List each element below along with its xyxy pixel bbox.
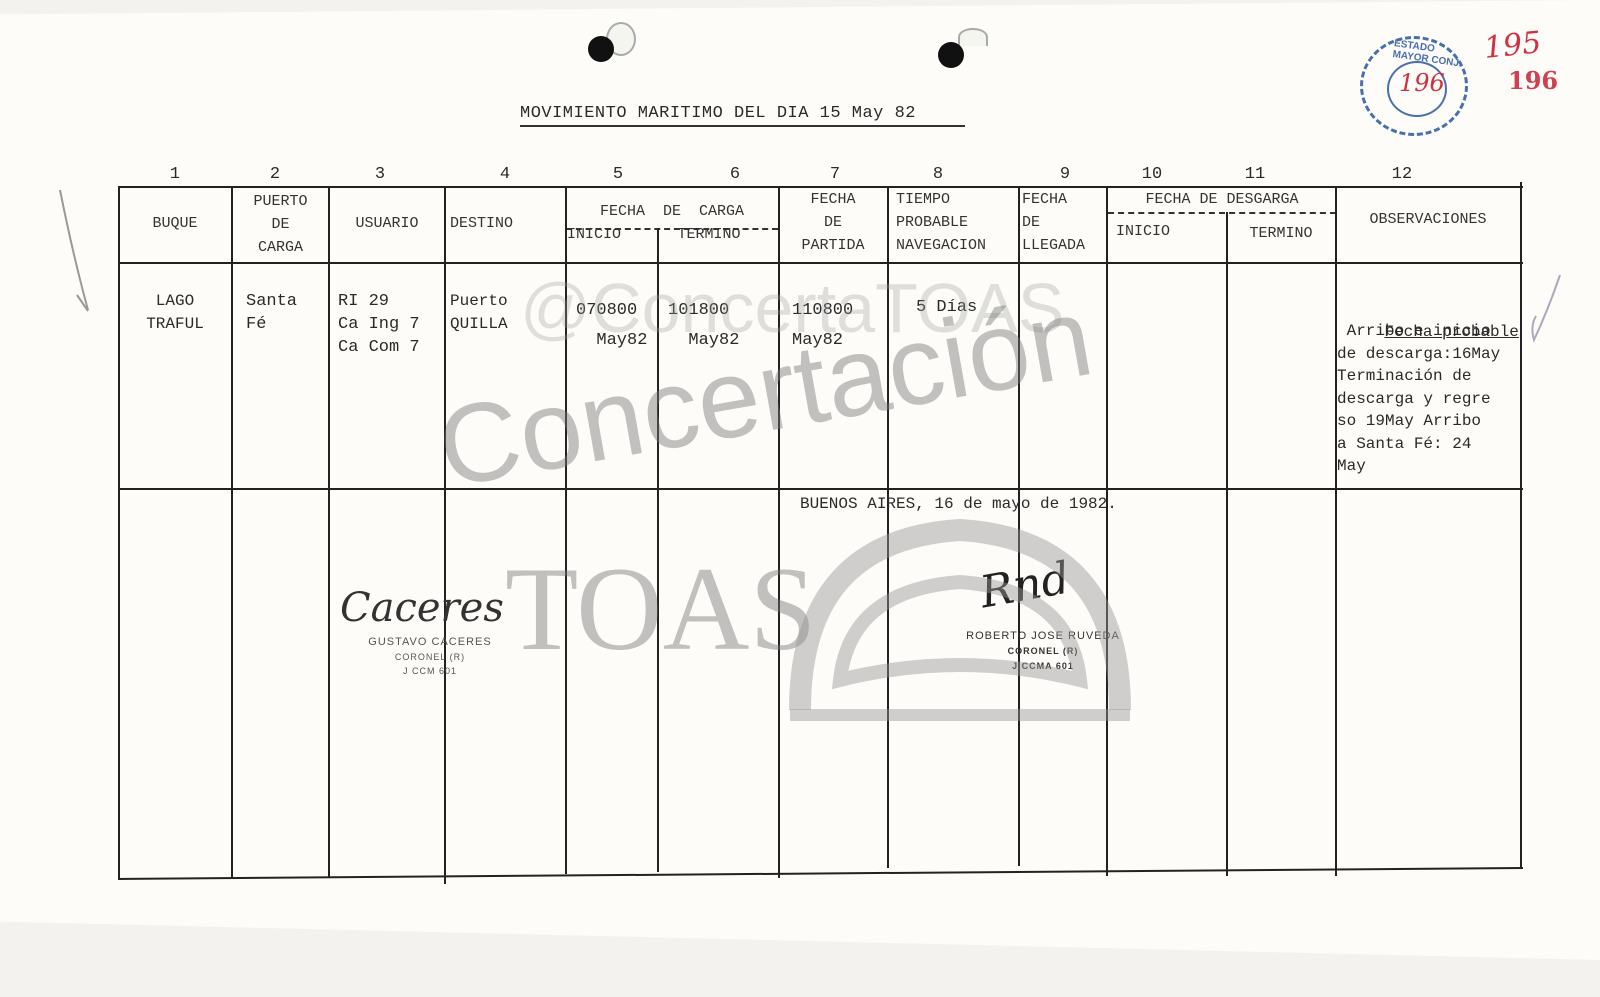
cell-observaciones-body: Arribo e inicio de descarga:16May Termin… <box>1337 320 1500 478</box>
column-border <box>328 186 330 878</box>
column-number: 5 <box>598 165 638 184</box>
column-border <box>565 186 567 874</box>
header-usuario: USUARIO <box>330 212 444 235</box>
column-border <box>657 228 659 872</box>
signatory-rank: CORONEL (R) <box>340 652 520 662</box>
cell-puerto-de-carga: Santa Fé <box>246 290 297 336</box>
column-number: 7 <box>815 165 855 184</box>
punch-hole <box>938 42 964 68</box>
cell-carga-termino: 101800 May82 <box>668 296 739 356</box>
scanned-page <box>0 0 1600 960</box>
column-border <box>444 186 446 884</box>
stamp-folio-number: 196 <box>1399 69 1445 97</box>
cell-usuario: RI 29 Ca Ing 7 Ca Com 7 <box>338 290 420 359</box>
printed-folio: 196 <box>1508 66 1558 95</box>
column-number: 12 <box>1382 165 1422 184</box>
header-fecha-de-carga: FECHA DE CARGA <box>567 200 777 223</box>
column-number: 10 <box>1132 165 1172 184</box>
header-destino: DESTINO <box>446 212 568 235</box>
header-buque: BUQUE <box>120 212 230 235</box>
punch-hole-ring <box>958 28 988 46</box>
signatory-unit: J CCM 601 <box>340 666 520 676</box>
descarga-subheader-line <box>1108 212 1336 215</box>
header-fecha-de-llegada: FECHA DE LLEGADA <box>1020 188 1108 257</box>
column-border <box>1226 212 1228 876</box>
title-date: 15 May 82 <box>820 104 916 123</box>
document-title: MOVIMIENTO MARITIMO DEL DIA 15 May 82 <box>520 104 965 127</box>
check-mark-icon <box>1528 270 1568 350</box>
column-border <box>231 186 233 878</box>
header-observaciones: OBSERVACIONES <box>1338 208 1518 231</box>
signatory-name: GUSTAVO CACERES <box>340 636 520 648</box>
cell-tiempo-probable: 5 Días <box>916 296 977 319</box>
column-number: 9 <box>1045 165 1085 184</box>
column-number: 3 <box>360 165 400 184</box>
column-number: 8 <box>918 165 958 184</box>
header-fecha-de-partida: FECHA DE PARTIDA <box>780 188 886 257</box>
cell-buque: LAGO TRAFUL <box>120 290 230 336</box>
column-border <box>1335 186 1337 876</box>
punch-hole <box>588 36 614 62</box>
cell-fecha-de-partida: 110800 May82 <box>792 296 853 356</box>
check-mark-icon <box>55 185 95 325</box>
column-number: 4 <box>485 165 525 184</box>
cell-carga-inicio: 070800 May82 <box>576 296 647 356</box>
header-carga-inicio: INICIO <box>567 223 637 246</box>
header-descarga-inicio: INICIO <box>1110 220 1232 243</box>
column-number: 2 <box>255 165 295 184</box>
header-puerto-de-carga: PUERTO DE CARGA <box>233 190 328 259</box>
header-fecha-de-descarga: FECHA DE DESGARGA <box>1108 188 1336 211</box>
header-carga-termino: TERMINO <box>659 223 759 246</box>
column-border <box>1520 182 1522 867</box>
title-text: MOVIMIENTO MARITIMO DEL DIA <box>520 104 809 123</box>
handwritten-folio: 195 <box>1482 25 1543 66</box>
watermark-helmet-icon <box>780 510 1140 730</box>
column-number: 6 <box>715 165 755 184</box>
header-tiempo-probable: TIEMPO PROBABLE NAVEGACION <box>896 188 1018 257</box>
column-number: 1 <box>155 165 195 184</box>
archive-stamp: ESTADO MAYOR CONJ. 196 <box>1360 36 1468 136</box>
column-number: 11 <box>1235 165 1275 184</box>
signature-scrawl: Caceres <box>340 585 504 631</box>
header-descarga-termino: TERMINO <box>1228 222 1334 245</box>
cell-destino: Puerto QUILLA <box>450 290 508 336</box>
